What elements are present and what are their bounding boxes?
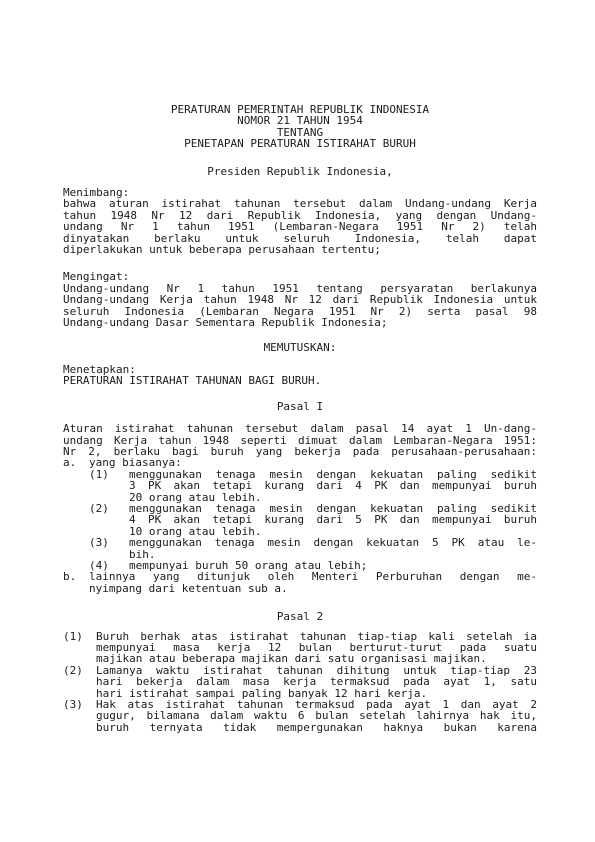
pasal-1-item-b: b.lainnya yang ditunjuk oleh Menteri Per… — [63, 571, 537, 594]
text-line: buruh ternyata tidak mempergunakan hakny… — [96, 722, 537, 733]
text-line: PENETAPAN PERATURAN ISTIRAHAT BURUH — [63, 138, 537, 149]
text-line: Aturan istirahat tahunan tersebut dalam … — [63, 423, 537, 434]
list-marker: (1) — [63, 631, 96, 665]
list-marker: (2) — [89, 503, 129, 537]
memutuskan-heading: MEMUTUSKAN: — [63, 342, 537, 353]
pasal-2-item-3: (3)Hak atas istirahat tahunan termaksud … — [63, 699, 537, 733]
list-marker: (2) — [63, 665, 96, 699]
list-marker: (3) — [89, 537, 129, 560]
menimbang-text: bahwa aturan istirahat tahunan tersebut … — [63, 198, 537, 255]
text-line: hari bekerja dalam masa kerja termaksud … — [96, 676, 537, 687]
text-line: Pasal 2 — [63, 611, 537, 622]
pasal-2-heading: Pasal 2 — [63, 611, 537, 622]
text-line: diperlakukan untuk beberapa perusahaan t… — [63, 244, 537, 255]
menetapkan-text: PERATURAN ISTIRAHAT TAHUNAN BAGI BURUH. — [63, 375, 537, 386]
list-item-text: lainnya yang ditunjuk oleh Menteri Perbu… — [89, 571, 537, 594]
pasal-2-item-1: (1)Buruh berhak atas istirahat tahunan t… — [63, 631, 537, 665]
list-item-text: menggunakan tenaga mesin dengan kekuatan… — [129, 503, 537, 537]
text-line: Presiden Republik Indonesia, — [63, 166, 537, 177]
text-line: 3 PK akan tetapi kurang dari 4 PK dan me… — [129, 480, 537, 491]
text-line: Pasal I — [63, 401, 537, 412]
list-item-text: menggunakan tenaga mesin dengan kekuatan… — [129, 537, 537, 560]
text-line: Undang-undang Kerja tahun 1948 Nr 12 dar… — [63, 294, 537, 305]
pasal-1-item-a-3: (3)menggunakan tenaga mesin dengan kekua… — [89, 537, 537, 560]
text-line: PERATURAN ISTIRAHAT TAHUNAN BAGI BURUH. — [63, 375, 537, 386]
list-item-text: Buruh berhak atas istirahat tahunan tiap… — [96, 631, 537, 665]
list-marker: b. — [63, 571, 89, 594]
pasal-1-intro: Aturan istirahat tahunan tersebut dalam … — [63, 423, 537, 457]
list-item-text: Hak atas istirahat tahunan termaksud pad… — [96, 699, 537, 733]
salutation: Presiden Republik Indonesia, — [63, 166, 537, 177]
text-line: undang Nr 1 tahun 1951 (Lembaran-Negara … — [63, 221, 537, 232]
pasal-1-heading: Pasal I — [63, 401, 537, 412]
doc-title: PERATURAN PEMERINTAH REPUBLIK INDONESIAN… — [63, 104, 537, 150]
list-item-text: Lamanya waktu istirahat tahunan dihitung… — [96, 665, 537, 699]
pasal-2-item-2: (2)Lamanya waktu istirahat tahunan dihit… — [63, 665, 537, 699]
text-line: menggunakan tenaga mesin dengan kekuatan… — [129, 537, 537, 548]
mengingat-text: Undang-undang Nr 1 tahun 1951 tentang pe… — [63, 283, 537, 329]
pasal-1-item-a-2: (2)menggunakan tenaga mesin dengan kekua… — [89, 503, 537, 537]
list-marker: (1) — [89, 469, 129, 503]
document-page: PERATURAN PEMERINTAH REPUBLIK INDONESIAN… — [0, 0, 595, 842]
list-marker: (3) — [63, 699, 96, 733]
text-line: nyimpang dari ketentuan sub a. — [89, 583, 537, 594]
text-line: Undang-undang Dasar Sementara Republik I… — [63, 317, 537, 328]
list-item-text: menggunakan tenaga mesin dengan kekuatan… — [129, 469, 537, 503]
list-marker: a. — [63, 457, 89, 468]
text-line: MEMUTUSKAN: — [63, 342, 537, 353]
pasal-1-item-a-1: (1)menggunakan tenaga mesin dengan kekua… — [89, 469, 537, 503]
